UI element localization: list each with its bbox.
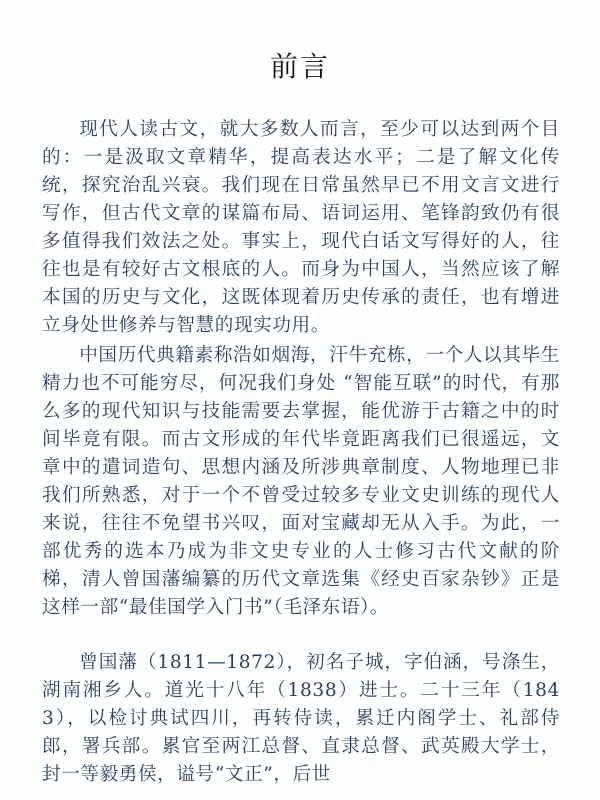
paragraph-1: 现代人读古文，就大多数人而言，至少可以达到两个目的：一是汲取文章精华，提高表达水… [42,116,560,340]
document-page: 前言 现代人读古文，就大多数人而言，至少可以达到两个目的：一是汲取文章精华，提高… [0,0,600,800]
paragraph-2: 中国历代典籍素称浩如烟海，汗牛充栋，一个人以其毕生精力也不可能穷尽，何况我们身处… [42,342,560,622]
paragraph-3: 曾国藩（1811—1872），初名子城，字伯涵，号涤生，湖南湘乡人。道光十八年（… [42,649,560,789]
page-title: 前言 [0,50,600,84]
